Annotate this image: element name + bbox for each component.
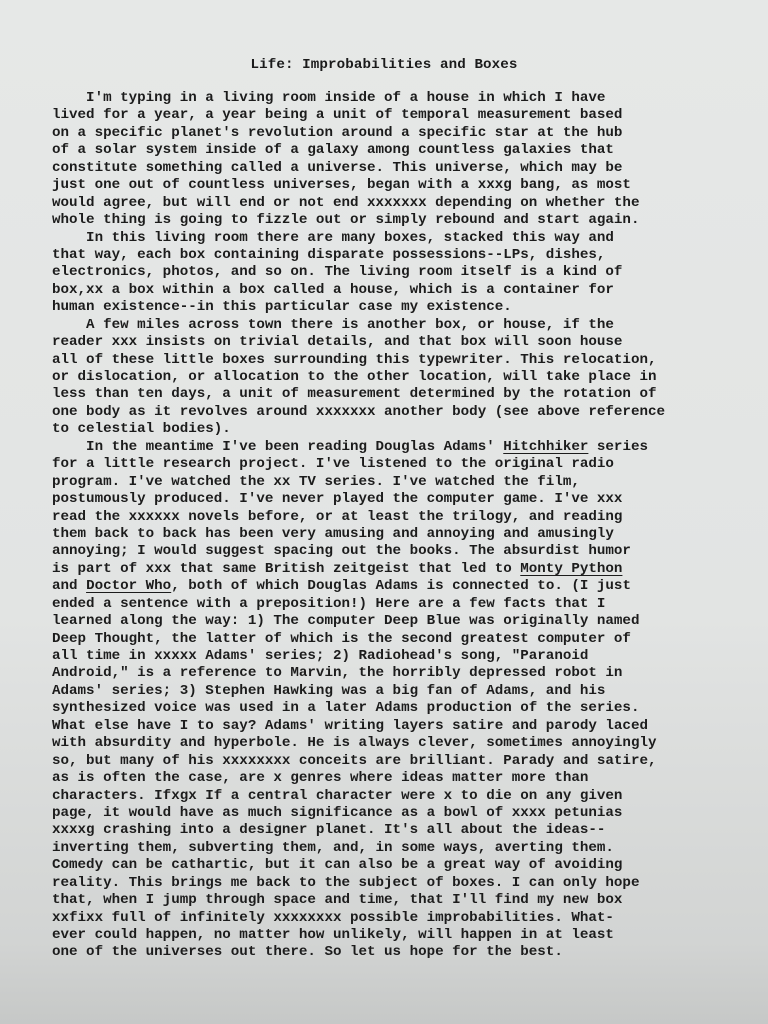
text-line: xxxxg crashing into a designer planet. I… [52, 822, 768, 839]
text-line: as is often the case, are x genres where… [52, 770, 768, 787]
text-line: In the meantime I've been reading Dougla… [52, 439, 768, 456]
text-line: to celestial bodies). [52, 421, 768, 438]
text-line: on a specific planet's revolution around… [52, 125, 768, 142]
text-line: all time in xxxxx Adams' series; 2) Radi… [52, 648, 768, 665]
text-line: one of the universes out there. So let u… [52, 944, 768, 961]
text-line: learned along the way: 1) The computer D… [52, 613, 768, 630]
text-line: just one out of countless universes, beg… [52, 177, 768, 194]
text-line: box,xx a box within a box called a house… [52, 282, 768, 299]
text-line: Adams' series; 3) Stephen Hawking was a … [52, 683, 768, 700]
typewritten-page: Life: Improbabilities and Boxes I'm typi… [0, 0, 768, 1024]
text-line: reader xxx insists on trivial details, a… [52, 334, 768, 351]
text-line: would agree, but will end or not end xxx… [52, 195, 768, 212]
text-line: inverting them, subverting them, and, in… [52, 840, 768, 857]
text-line: Android," is a reference to Marvin, the … [52, 665, 768, 682]
text-line: In this living room there are many boxes… [52, 230, 768, 247]
text-line: lived for a year, a year being a unit of… [52, 107, 768, 124]
underlined-title: Doctor Who [86, 578, 171, 594]
page-title: Life: Improbabilities and Boxes [0, 57, 768, 73]
text-line: whole thing is going to fizzle out or si… [52, 212, 768, 229]
text-line: human existence--in this particular case… [52, 299, 768, 316]
underlined-title: Hitchhiker [503, 439, 588, 455]
text-line: I'm typing in a living room inside of a … [52, 90, 768, 107]
text-line: or dislocation, or allocation to the oth… [52, 369, 768, 386]
text-line: constitute something called a universe. … [52, 160, 768, 177]
text-line: less than ten days, a unit of measuremen… [52, 386, 768, 403]
text-line: ended a sentence with a preposition!) He… [52, 596, 768, 613]
text-line: postumously produced. I've never played … [52, 491, 768, 508]
text-line: that, when I jump through space and time… [52, 892, 768, 909]
text-line: of a solar system inside of a galaxy amo… [52, 142, 768, 159]
text-line: A few miles across town there is another… [52, 317, 768, 334]
text-line: electronics, photos, and so on. The livi… [52, 264, 768, 281]
text-line: is part of xxx that same British zeitgei… [52, 561, 768, 578]
text-line: annoying; I would suggest spacing out th… [52, 543, 768, 560]
text-line: one body as it revolves around xxxxxxx a… [52, 404, 768, 421]
text-line: them back to back has been very amusing … [52, 526, 768, 543]
text-line: program. I've watched the xx TV series. … [52, 474, 768, 491]
text-line: xxfixx full of infinitely xxxxxxxx possi… [52, 910, 768, 927]
text-line: characters. Ifxgx If a central character… [52, 788, 768, 805]
text-line: Deep Thought, the latter of which is the… [52, 631, 768, 648]
text-line: and Doctor Who, both of which Douglas Ad… [52, 578, 768, 595]
text-line: Comedy can be cathartic, but it can also… [52, 857, 768, 874]
text-line: page, it would have as much significance… [52, 805, 768, 822]
text-line: ever could happen, no matter how unlikel… [52, 927, 768, 944]
essay-body: I'm typing in a living room inside of a … [52, 90, 768, 962]
text-line: so, but many of his xxxxxxxx conceits ar… [52, 753, 768, 770]
text-line: that way, each box containing disparate … [52, 247, 768, 264]
text-line: What else have I to say? Adams' writing … [52, 718, 768, 735]
text-line: with absurdity and hyperbole. He is alwa… [52, 735, 768, 752]
text-line: reality. This brings me back to the subj… [52, 875, 768, 892]
text-line: for a little research project. I've list… [52, 456, 768, 473]
underlined-title: Monty Python [520, 561, 622, 577]
text-line: synthesized voice was used in a later Ad… [52, 700, 768, 717]
text-line: read the xxxxxx novels before, or at lea… [52, 509, 768, 526]
text-line: all of these little boxes surrounding th… [52, 352, 768, 369]
